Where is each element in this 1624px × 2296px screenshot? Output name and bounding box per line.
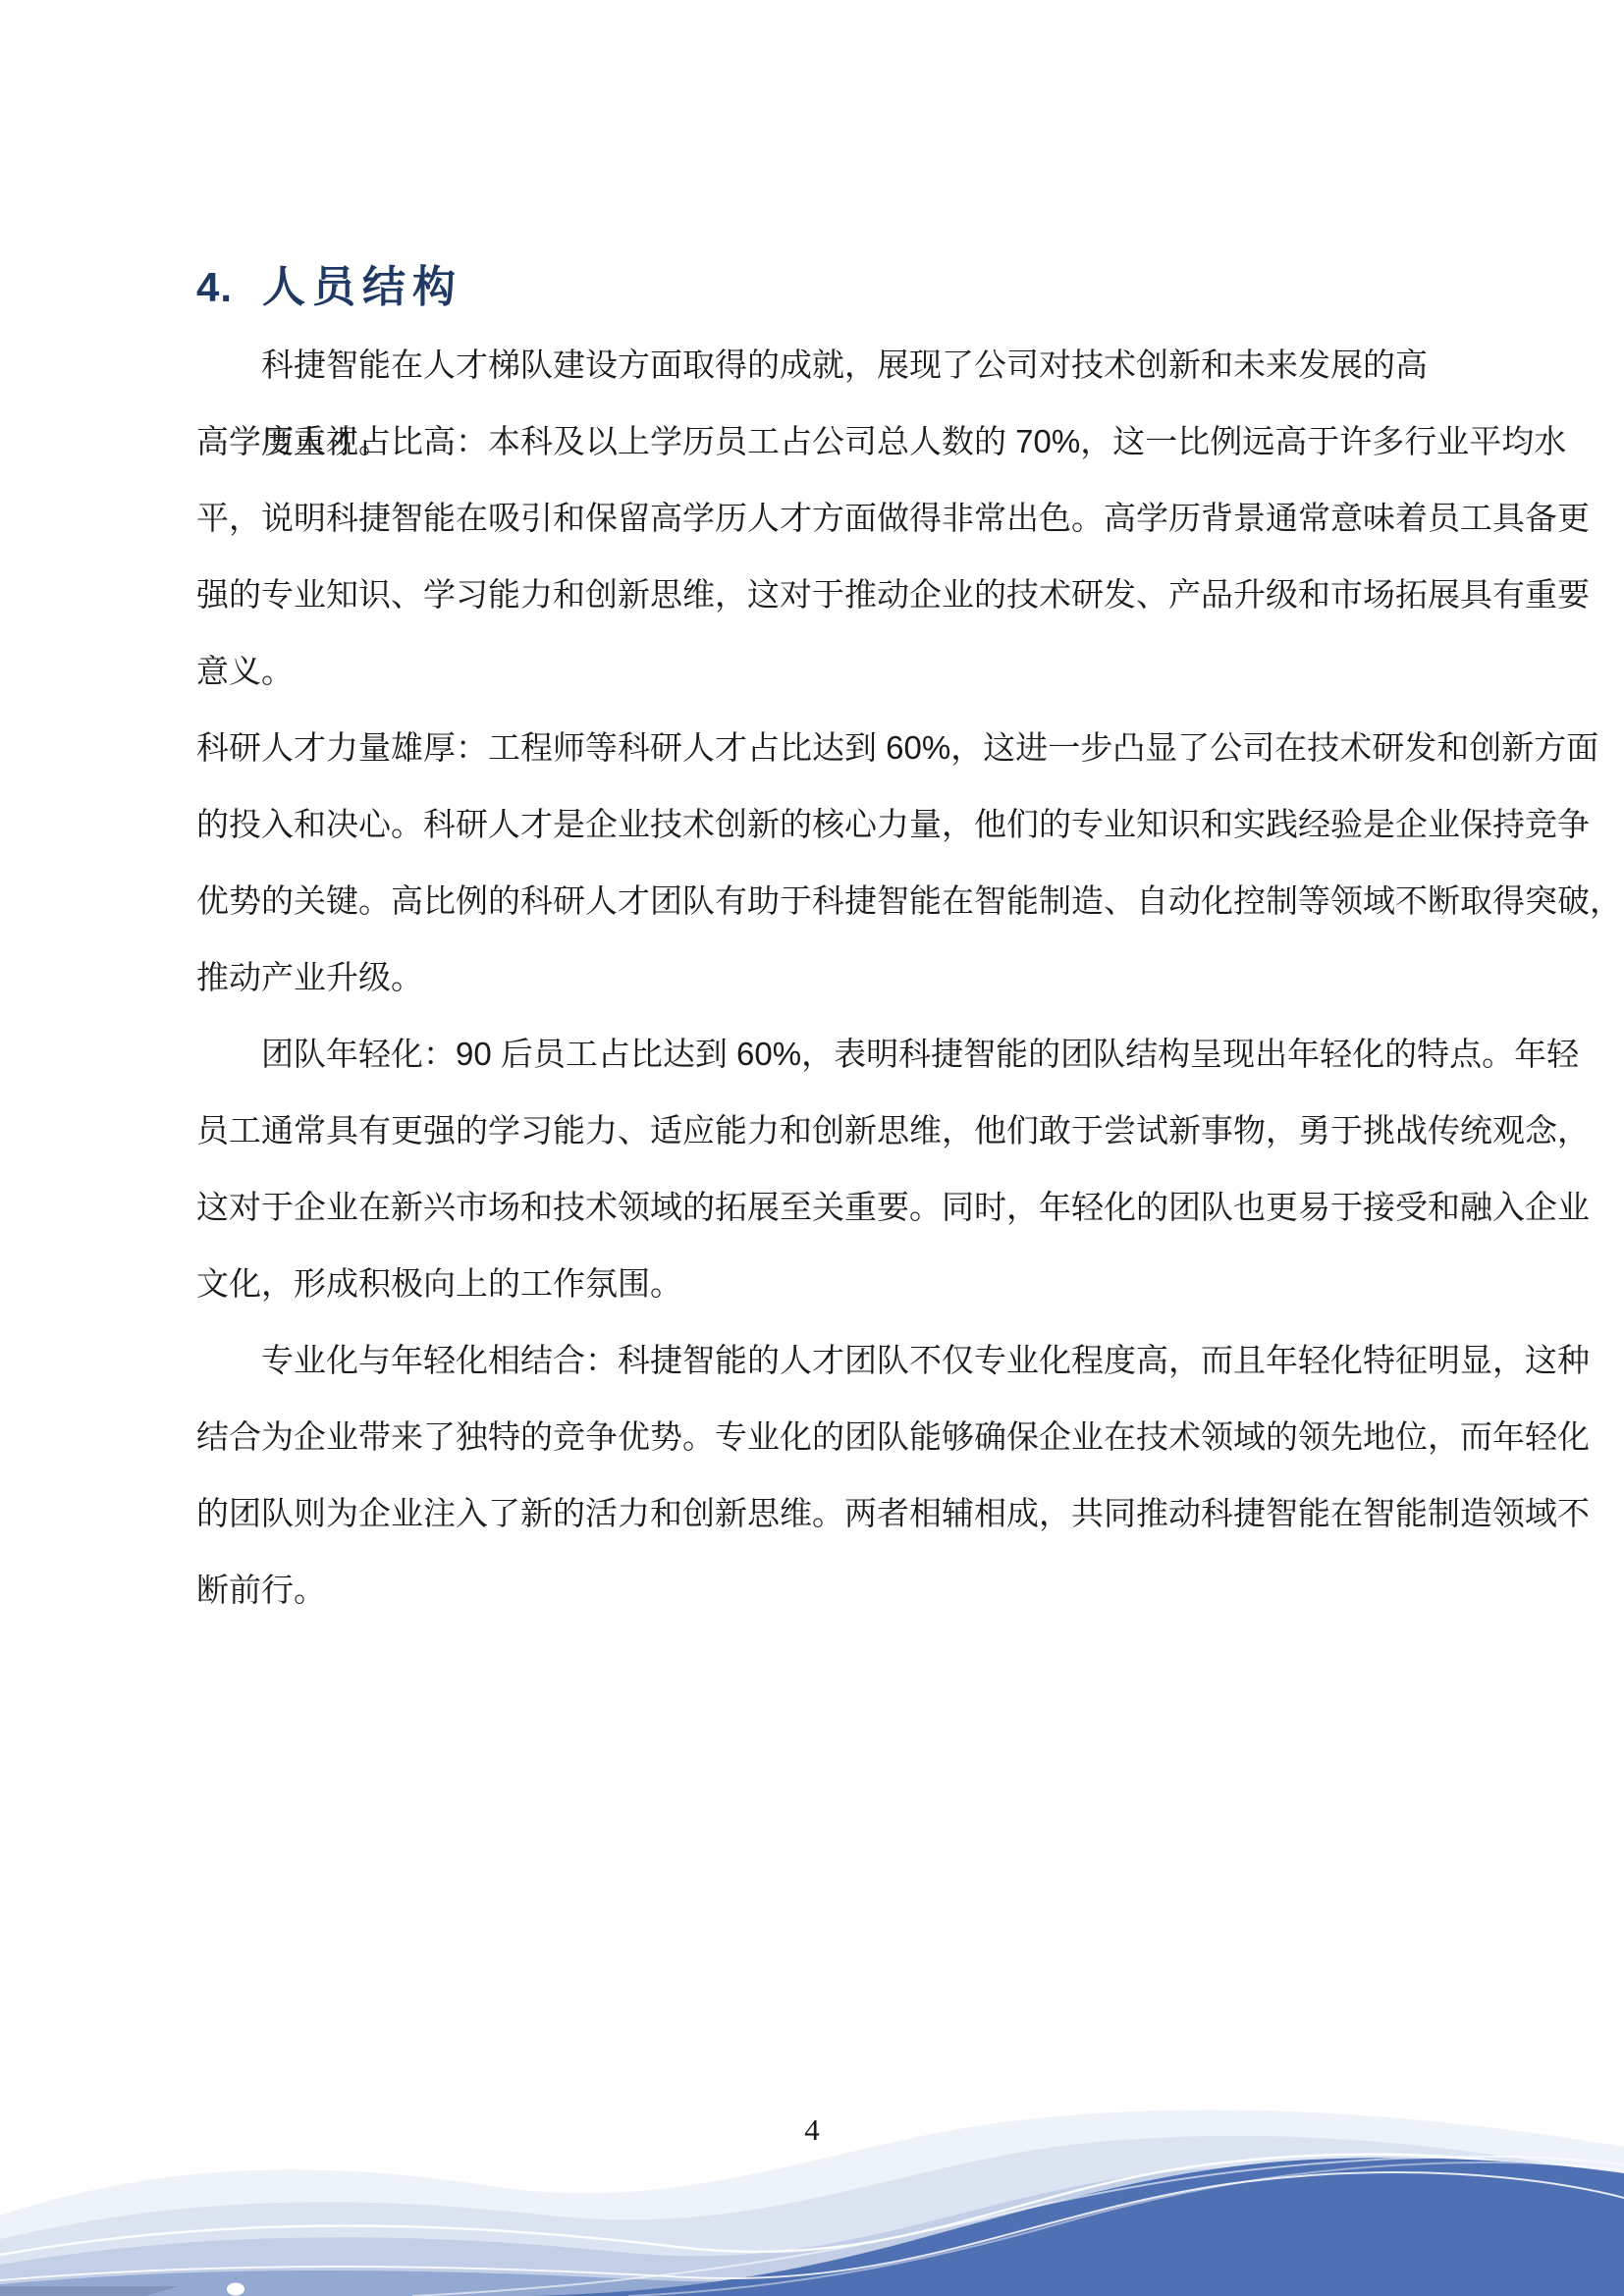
text-line: 高学历人才占比高：本科及以上学历员工占公司总人数的 70%，这一比例远高于许多行… <box>196 403 1428 480</box>
text-line: 强的专业知识、学习能力和创新思维，这对于推动企业的技术研发、产品升级和市场拓展具… <box>196 557 1428 633</box>
text-line: 平，说明科捷智能在吸引和保留高学历人才方面做得非常出色。高学历背景通常意味着员工… <box>196 480 1428 557</box>
section-heading: 4. 人员结构 <box>196 251 462 314</box>
text-line: 科捷智能在人才梯队建设方面取得的成就，展现了公司对技术创新和未来发展的高度重视。 <box>196 327 1428 403</box>
text-line: 科研人才力量雄厚：工程师等科研人才占比达到 60%，这进一步凸显了公司在技术研发… <box>196 710 1428 786</box>
paragraph: 高学历人才占比高：本科及以上学历员工占公司总人数的 70%，这一比例远高于许多行… <box>196 403 1428 710</box>
text-line: 的团队则为企业注入了新的活力和创新思维。两者相辅相成，共同推动科捷智能在智能制造… <box>196 1475 1428 1552</box>
text-line: 意义。 <box>196 633 1428 710</box>
text-line: 专业化与年轻化相结合：科捷智能的人才团队不仅专业化程度高，而且年轻化特征明显，这… <box>196 1322 1428 1399</box>
text-line: 员工通常具有更强的学习能力、适应能力和创新思维，他们敢于尝试新事物，勇于挑战传统… <box>196 1093 1428 1169</box>
text-line: 团队年轻化：90 后员工占比达到 60%，表明科捷智能的团队结构呈现出年轻化的特… <box>196 1016 1428 1093</box>
paragraph: 科捷智能在人才梯队建设方面取得的成就，展现了公司对技术创新和未来发展的高度重视。 <box>196 327 1428 403</box>
body-text: 科捷智能在人才梯队建设方面取得的成就，展现了公司对技术创新和未来发展的高度重视。… <box>196 327 1428 1629</box>
section-title: 人员结构 <box>262 251 462 314</box>
section-number: 4. <box>196 264 233 311</box>
text-line: 这对于企业在新兴市场和技术领域的拓展至关重要。同时，年轻化的团队也更易于接受和融… <box>196 1169 1428 1246</box>
paragraph: 科研人才力量雄厚：工程师等科研人才占比达到 60%，这进一步凸显了公司在技术研发… <box>196 710 1428 1016</box>
paragraph: 专业化与年轻化相结合：科捷智能的人才团队不仅专业化程度高，而且年轻化特征明显，这… <box>196 1322 1428 1629</box>
text-line: 断前行。 <box>196 1552 1428 1629</box>
text-line: 的投入和决心。科研人才是企业技术创新的核心力量，他们的专业知识和实践经验是企业保… <box>196 786 1428 863</box>
text-line: 推动产业升级。 <box>196 939 1428 1016</box>
text-line: 结合为企业带来了独特的竞争优势。专业化的团队能够确保企业在技术领域的领先地位，而… <box>196 1399 1428 1475</box>
document-page: 4. 人员结构 科捷智能在人才梯队建设方面取得的成就，展现了公司对技术创新和未来… <box>0 0 1624 2296</box>
wave-dot <box>227 2283 244 2296</box>
text-line: 优势的关键。高比例的科研人才团队有助于科捷智能在智能制造、自动化控制等领域不断取… <box>196 863 1428 939</box>
paragraph: 团队年轻化：90 后员工占比达到 60%，表明科捷智能的团队结构呈现出年轻化的特… <box>196 1016 1428 1322</box>
decorative-wave-graphic <box>0 2100 1624 2296</box>
text-line: 文化，形成积极向上的工作氛围。 <box>196 1246 1428 1322</box>
